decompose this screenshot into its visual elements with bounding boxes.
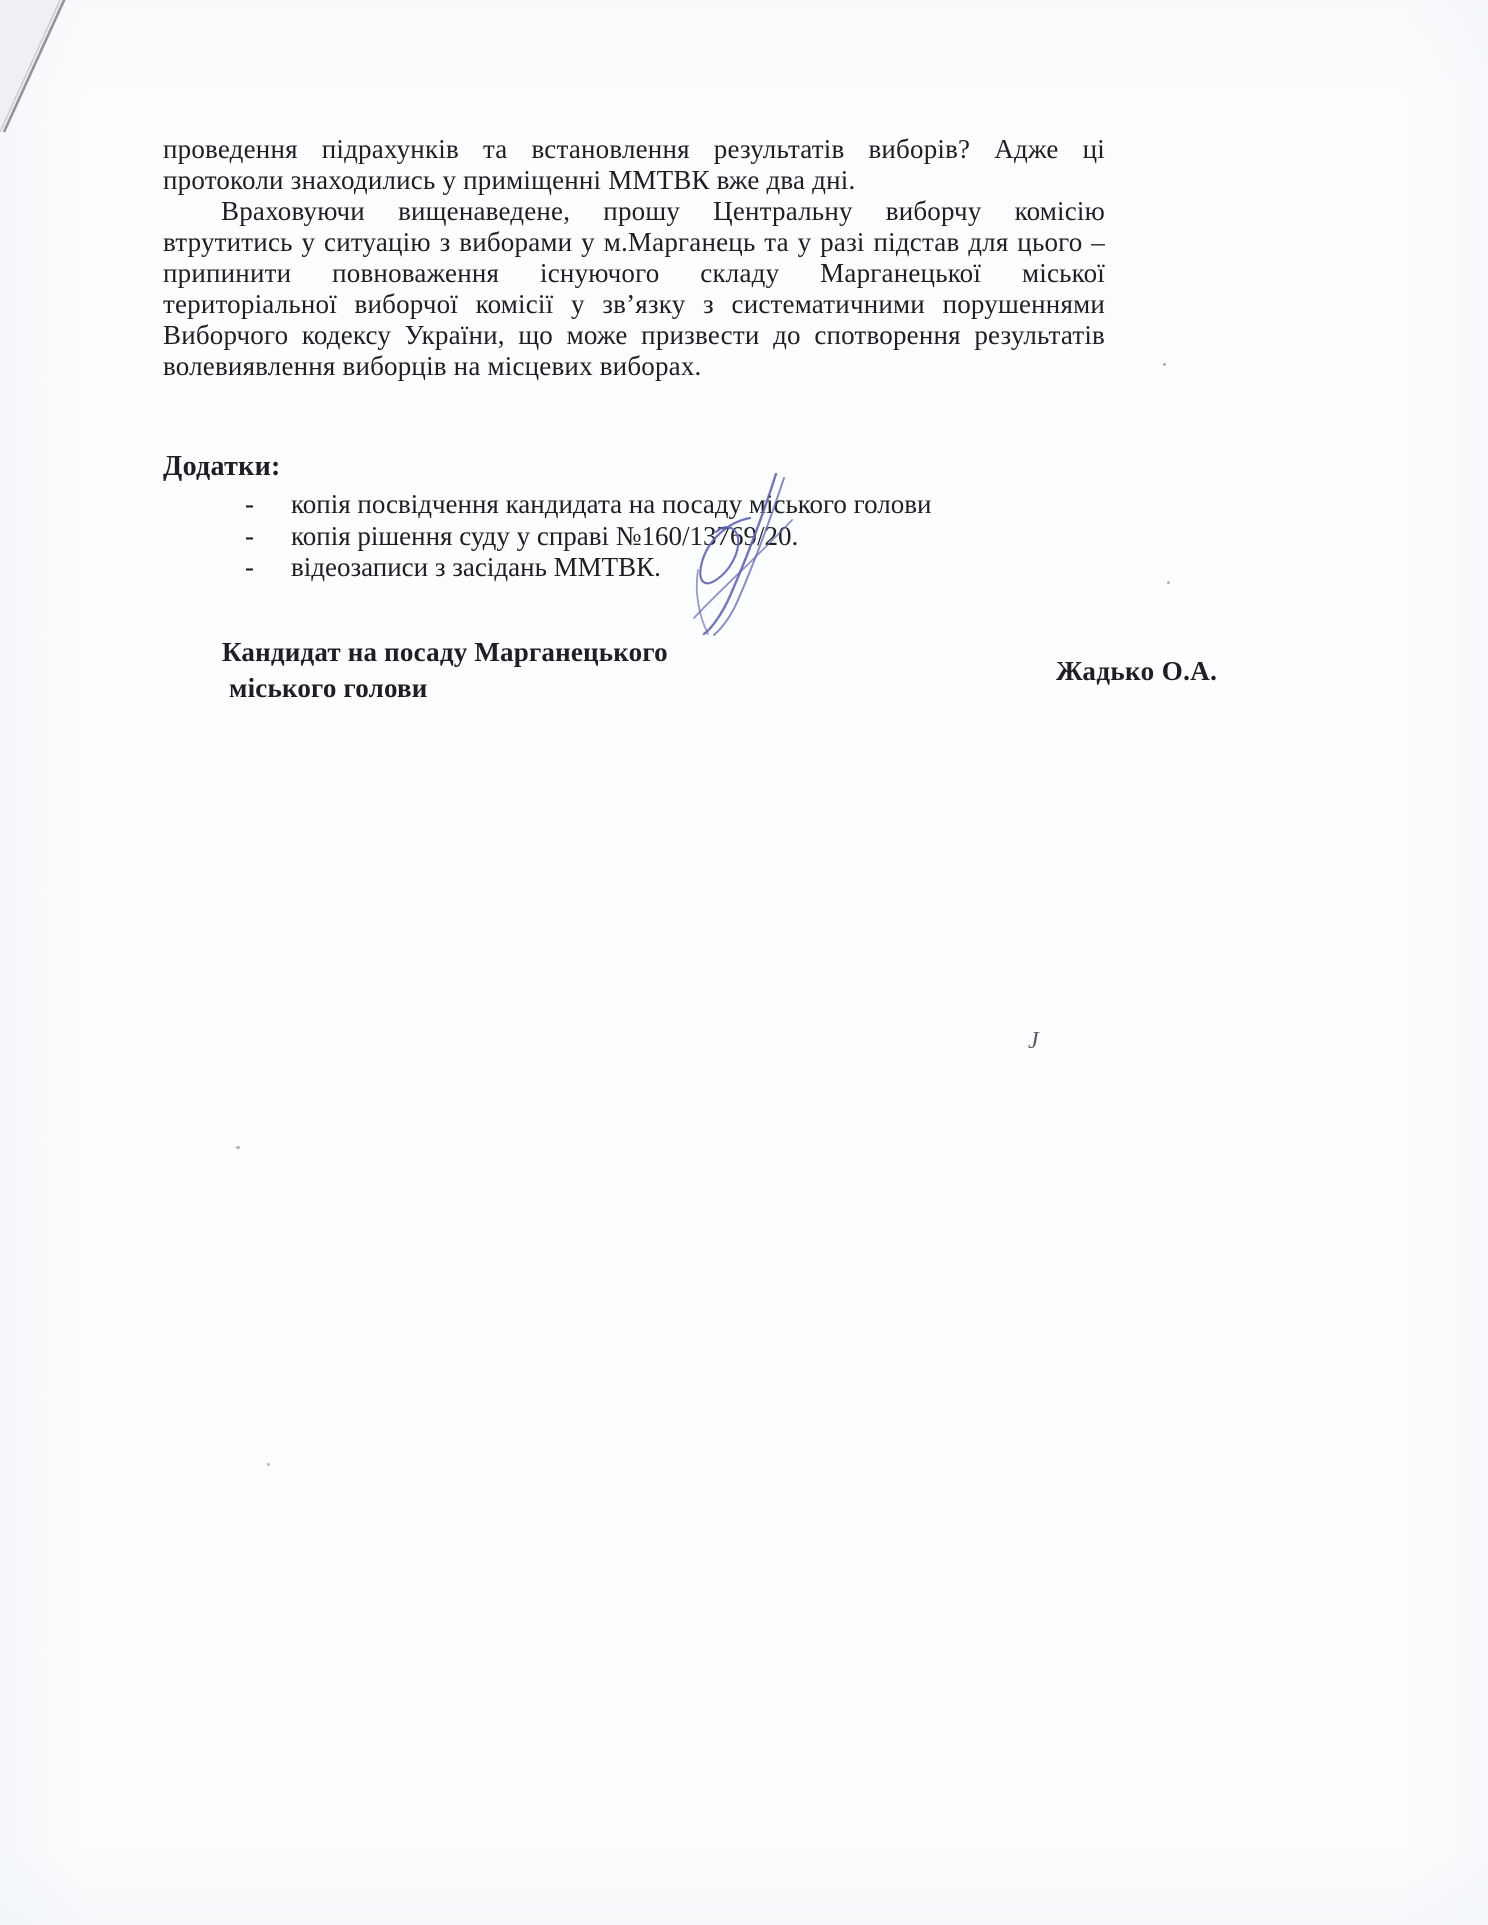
scan-speck	[267, 1463, 270, 1466]
handwritten-signature	[664, 468, 824, 638]
list-dash-bullet: -	[245, 521, 291, 553]
attachments-heading: Додатки:	[163, 451, 281, 483]
letter-body: проведення підрахунків та встановлення р…	[163, 134, 1105, 382]
attachment-text: копія посвідчення кандидата на посаду мі…	[291, 489, 931, 521]
scanned-document-page: проведення підрахунків та встановлення р…	[0, 0, 1488, 1925]
page-corner-fold-artifact	[0, 0, 110, 150]
signer-role: Кандидат на посаду Марганецького міськог…	[222, 634, 668, 706]
paragraph-2: Враховуючи вищенаведене, прошу Центральн…	[163, 196, 1105, 382]
list-item: - відеозаписи з засідань ММТВК.	[163, 552, 1063, 584]
attachment-text: відеозаписи з засідань ММТВК.	[291, 552, 661, 584]
signer-name: Жадько О.А.	[1056, 656, 1217, 687]
list-item: - копія посвідчення кандидата на посаду …	[163, 489, 1063, 521]
attachments-list: - копія посвідчення кандидата на посаду …	[163, 489, 1063, 584]
list-item: - копія рішення суду у справі №160/13769…	[163, 521, 1063, 553]
stray-ink-mark: J	[1028, 1028, 1039, 1055]
scan-speck	[1167, 581, 1170, 584]
scan-speck	[1163, 363, 1166, 366]
list-dash-bullet: -	[245, 489, 291, 521]
paragraph-1: проведення підрахунків та встановлення р…	[163, 134, 1105, 196]
signer-role-line1: Кандидат на посаду Марганецького	[222, 634, 668, 670]
signer-role-line2: міського голови	[222, 670, 668, 706]
list-dash-bullet: -	[245, 552, 291, 584]
scan-speck	[236, 1146, 240, 1149]
